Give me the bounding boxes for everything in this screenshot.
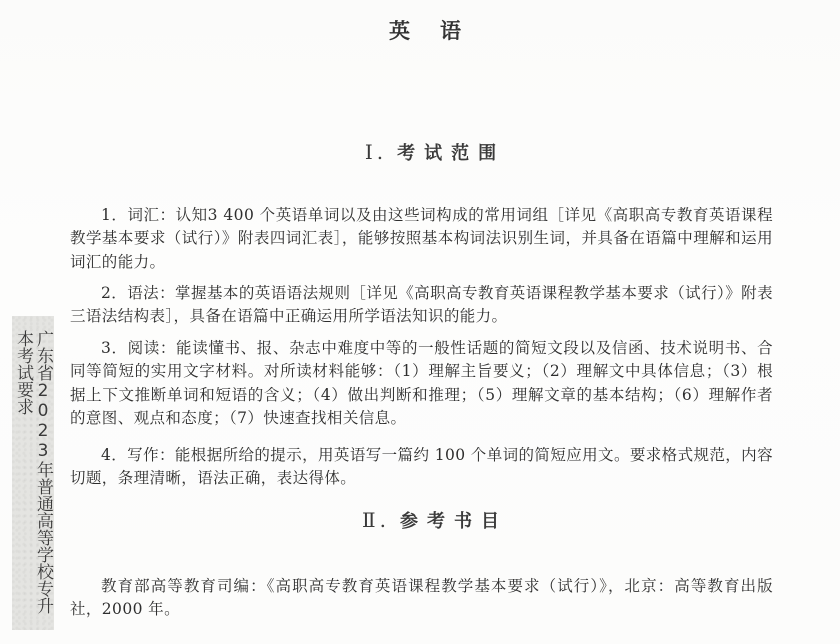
- section-number: Ⅰ.: [365, 140, 387, 164]
- paragraph-reading: 3．阅读：能读懂书、报、杂志中难度中等的一般性话题的简短文段以及信函、技术说明书…: [70, 337, 773, 431]
- side-tab-label: 广东省2023年普通高等学校专升本考试要求: [13, 330, 53, 630]
- section-title: 参考书目: [400, 511, 508, 532]
- paragraph-grammar: 2．语法：掌握基本的英语语法规则［详见《高职高专教育英语课程教学基本要求（试行）…: [70, 282, 773, 329]
- paragraph-writing: 4．写作：能根据所给的提示，用英语写一篇约 100 个单词的简短应用文。要求格式…: [70, 444, 773, 491]
- document-page: 英语 广东省2023年普通高等学校专升本考试要求 Ⅰ.考试范围 1．词汇：认知3…: [0, 0, 840, 644]
- section-title: 考试范围: [397, 143, 505, 164]
- paragraph-reference-book: 教育部高等教育司编：《高职高专教育英语课程教学基本要求（试行）》，北京：高等教育…: [70, 575, 773, 622]
- section-number: Ⅱ.: [362, 508, 390, 532]
- page-title: 英语: [0, 15, 840, 45]
- side-tab: 广东省2023年普通高等学校专升本考试要求: [12, 316, 54, 630]
- section-heading-references: Ⅱ.参考书目: [0, 507, 840, 533]
- section-heading-exam-scope: Ⅰ.考试范围: [0, 139, 840, 165]
- paragraph-vocabulary: 1．词汇：认知3 400 个英语单词以及由这些词构成的常用词组［详见《高职高专教…: [70, 204, 773, 275]
